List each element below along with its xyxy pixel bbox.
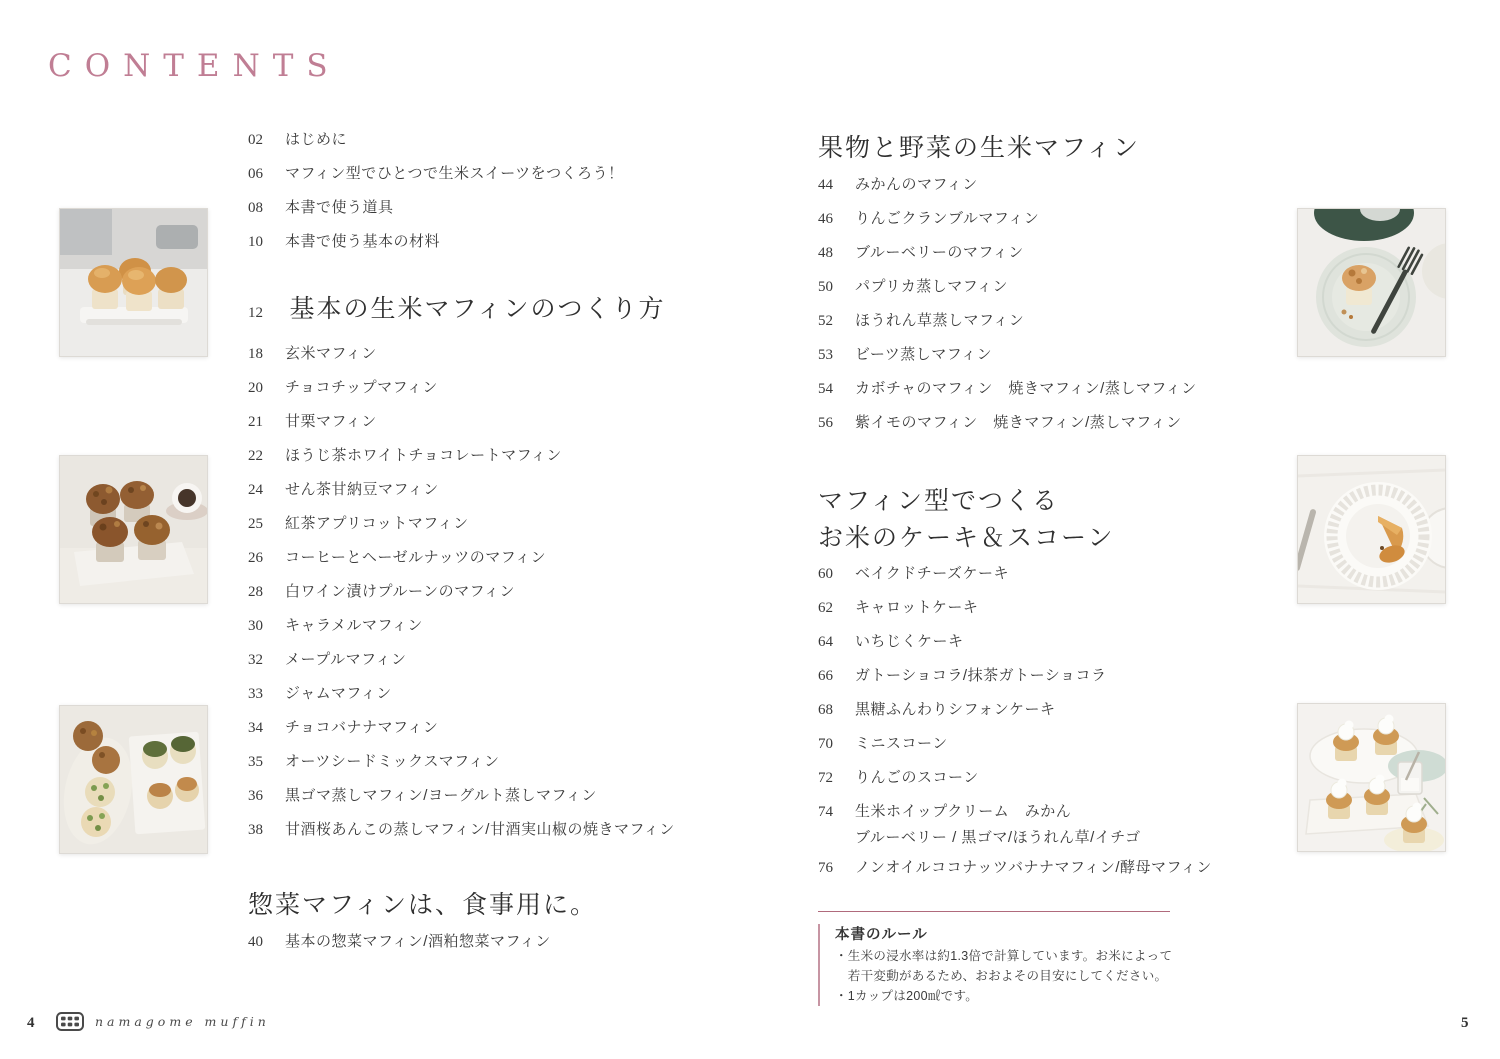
toc-item: 18 玄米マフィン xyxy=(248,337,718,371)
toc-item: 56 紫イモのマフィン 焼きマフィン/蒸しマフィン xyxy=(818,406,1288,440)
toc-item: 40 基本の惣菜マフィン/酒粕惣菜マフィン xyxy=(248,925,718,959)
fruit-veg-list: 44 みかんのマフィン 46 りんごクランブルマフィン 48 xyxy=(818,168,1288,440)
toc-item-title: キャラメルマフィン xyxy=(285,617,423,634)
toc-item: 22 ほうじ茶ホワイトチョコレートマフィン xyxy=(248,439,718,473)
toc-item: 70 ミニスコーン xyxy=(818,727,1288,761)
toc-item-page-number: 10 xyxy=(248,225,285,259)
photo-plain-muffins xyxy=(59,208,208,357)
toc-item: 72 りんごのスコーン xyxy=(818,761,1288,795)
toc-item-title: 甘栗マフィン xyxy=(285,413,377,430)
toc-item-title: 黒糖ふんわりシフォンケーキ xyxy=(855,701,1055,718)
toc-item-page-number: 28 xyxy=(248,575,285,609)
toc-item-title: 玄米マフィン xyxy=(285,345,377,362)
toc-item-title: チョコチップマフィン xyxy=(285,379,438,396)
toc-item: 24 せん茶甘納豆マフィン xyxy=(248,473,718,507)
toc-item: 38 甘酒桜あんこの蒸しマフィン/甘酒実山椒の焼きマフィン xyxy=(248,813,718,847)
toc-item-title: はじめに xyxy=(285,131,347,148)
rules-box-body: 本書のルール ・生米の浸水率は約1.3倍で計算しています。お米によって 若干変動… xyxy=(818,924,1170,1006)
toc-item: 52 ほうれん草蒸しマフィン xyxy=(818,304,1288,338)
toc-item: 76 ノンオイルココナッツバナナマフィン/酵母マフィン xyxy=(818,851,1288,885)
toc-item: 53 ビーツ蒸しマフィン xyxy=(818,338,1288,372)
toc-item: 02 はじめに xyxy=(248,123,718,157)
toc-item: 33 ジャムマフィン xyxy=(248,677,718,711)
toc-item-page-number: 74 xyxy=(818,795,855,829)
section-heading-text: 基本の生米マフィンのつくり方 xyxy=(289,295,665,323)
toc-item-title: チョコバナナマフィン xyxy=(285,719,438,736)
section-heading-fruit-veg: 果物と野菜の生米マフィン xyxy=(818,128,1288,168)
toc-item-page-number: 40 xyxy=(248,925,285,959)
toc-item-title: コーヒーとヘーゼルナッツのマフィン xyxy=(285,549,546,566)
page-title: CONTENTS xyxy=(48,48,341,84)
toc-item: 08 本書で使う道具 xyxy=(248,191,718,225)
toc-item: 36 黒ゴマ蒸しマフィン/ヨーグルト蒸しマフィン xyxy=(248,779,718,813)
toc-item-title: りんごクランブルマフィン xyxy=(855,210,1039,227)
toc-item-title: ジャムマフィン xyxy=(285,685,392,702)
toc-item-page-number: 08 xyxy=(248,191,285,225)
left-page-number: 4 xyxy=(27,1015,35,1032)
section-heading-text: 惣菜マフィンは、食事用に。 xyxy=(248,891,597,919)
toc-item-title: 本書で使う道具 xyxy=(285,199,394,216)
toc-item-title: りんごのスコーン xyxy=(855,769,979,786)
rules-box-line: ・1カップは200㎖です。 xyxy=(835,986,1170,1006)
toc-item: 68 黒糖ふんわりシフォンケーキ xyxy=(818,693,1288,727)
toc-item-page-number: 36 xyxy=(248,779,285,813)
toc-item: 74 生米ホイップクリーム みかん ブルーベリー / 黒ゴマ/ほうれん草/イチゴ xyxy=(818,795,1288,851)
plain-muffins-illustration xyxy=(60,209,207,356)
toc-item-title: 黒ゴマ蒸しマフィン/ヨーグルト蒸しマフィン xyxy=(285,787,597,804)
toc-item-title: キャロットケーキ xyxy=(855,599,978,616)
toc-item-page-number: 54 xyxy=(818,372,855,406)
toc-item-title: せん茶甘納豆マフィン xyxy=(285,481,439,498)
toc-item: 10 本書で使う基本の材料 xyxy=(248,225,718,259)
muffin-tin-icon xyxy=(56,1012,84,1031)
toc-item-title: ガトーショコラ/抹茶ガトーショコラ xyxy=(855,667,1106,684)
toc-item: 64 いちじくケーキ xyxy=(818,625,1288,659)
toc-item-subtitle: ブルーベリー / 黒ゴマ/ほうれん草/イチゴ xyxy=(855,825,1141,851)
section-heading-savory-muffins: 惣菜マフィンは、食事用に。 xyxy=(248,885,718,925)
toc-item: 30 キャラメルマフィン xyxy=(248,609,718,643)
toc-item-title: 紫イモのマフィン 焼きマフィン/蒸しマフィン xyxy=(855,414,1182,431)
toc-item-page-number: 30 xyxy=(248,609,285,643)
crumble-muffin-illustration xyxy=(1298,209,1445,356)
toc-item-page-number: 06 xyxy=(248,157,285,191)
savory-muffin-list: 40 基本の惣菜マフィン/酒粕惣菜マフィン xyxy=(248,925,718,959)
toc-item-page-number: 52 xyxy=(818,304,855,338)
intro-list: 02 はじめに 06 マフィン型でひとつで生米スイーツをつくろう！ 08 xyxy=(248,123,718,259)
toc-item-title: 白ワイン漬けプルーンのマフィン xyxy=(285,583,515,600)
rules-box-line: 若干変動があるため、おおよその目安にしてください。 xyxy=(835,966,1170,986)
toc-item: 34 チョコバナナマフィン xyxy=(248,711,718,745)
section-page-number: 12 xyxy=(248,293,285,333)
toc-item-page-number: 68 xyxy=(818,693,855,727)
nut-muffins-illustration xyxy=(60,456,207,603)
toc-item-page-number: 50 xyxy=(818,270,855,304)
toc-item: 48 ブルーベリーのマフィン xyxy=(818,236,1288,270)
rules-box-title: 本書のルール xyxy=(835,924,1170,946)
toc-item-title: 甘酒桜あんこの蒸しマフィン/甘酒実山椒の焼きマフィン xyxy=(285,821,675,838)
toc-item-title: 生米ホイップクリーム みかん xyxy=(855,803,1071,820)
basic-muffin-list: 18 玄米マフィン 20 チョコチップマフィン 21 xyxy=(248,337,718,847)
toc-item-page-number: 64 xyxy=(818,625,855,659)
toc-item-page-number: 66 xyxy=(818,659,855,693)
toc-item: 54 カボチャのマフィン 焼きマフィン/蒸しマフィン xyxy=(818,372,1288,406)
toc-item: 06 マフィン型でひとつで生米スイーツをつくろう！ xyxy=(248,157,718,191)
toc-item-title: ほうれん草蒸しマフィン xyxy=(855,312,1024,329)
toc-item-page-number: 76 xyxy=(818,851,855,885)
toc-item-page-number: 02 xyxy=(248,123,285,157)
toc-item-page-number: 25 xyxy=(248,507,285,541)
toc-item: 46 りんごクランブルマフィン xyxy=(818,202,1288,236)
toc-item-page-number: 60 xyxy=(818,557,855,591)
toc-item-title: みかんのマフィン xyxy=(855,176,978,193)
toc-item-title: ミニスコーン xyxy=(855,735,948,752)
toc-item: 66 ガトーショコラ/抹茶ガトーショコラ xyxy=(818,659,1288,693)
toc-item-page-number: 33 xyxy=(248,677,285,711)
left-toc-column: 02 はじめに 06 マフィン型でひとつで生米スイーツをつくろう！ 08 xyxy=(248,123,718,959)
toc-item-title: ほうじ茶ホワイトチョコレートマフィン xyxy=(285,447,562,464)
cake-scone-list: 60 ベイクドチーズケーキ 62 キャロットケーキ 64 xyxy=(818,557,1288,885)
toc-item: 35 オーツシードミックスマフィン xyxy=(248,745,718,779)
toc-item-page-number: 34 xyxy=(248,711,285,745)
toc-item: 32 メープルマフィン xyxy=(248,643,718,677)
cake-slices-illustration xyxy=(1298,456,1445,603)
toc-item-title: パプリカ蒸しマフィン xyxy=(855,278,1008,295)
toc-item-page-number: 44 xyxy=(818,168,855,202)
toc-item-page-number: 48 xyxy=(818,236,855,270)
photo-cake-fluted-plate xyxy=(1297,455,1446,604)
toc-item-page-number: 22 xyxy=(248,439,285,473)
section-heading-line1: マフィン型でつくる xyxy=(818,483,1288,520)
photo-cream-topped-muffins xyxy=(1297,703,1446,852)
toc-item-page-number: 70 xyxy=(818,727,855,761)
section-heading-cake-scone: マフィン型でつくる お米のケーキ＆スコーン xyxy=(818,483,1288,557)
toc-item-title: ブルーベリーのマフィン xyxy=(855,244,1024,261)
toc-item-title: いちじくケーキ xyxy=(855,633,964,650)
toc-item-page-number: 26 xyxy=(248,541,285,575)
toc-item-title: メープルマフィン xyxy=(285,651,406,668)
toc-item: 62 キャロットケーキ xyxy=(818,591,1288,625)
toc-item-title: 本書で使う基本の材料 xyxy=(285,233,440,250)
toc-item-page-number: 72 xyxy=(818,761,855,795)
toc-item: 44 みかんのマフィン xyxy=(818,168,1288,202)
toc-item-page-number: 24 xyxy=(248,473,285,507)
toc-item-page-number: 62 xyxy=(818,591,855,625)
rules-box-lines: ・生米の浸水率は約1.3倍で計算しています。お米によって 若干変動があるため、お… xyxy=(835,946,1170,1006)
toc-item-page-number: 46 xyxy=(818,202,855,236)
toc-item-page-number: 56 xyxy=(818,406,855,440)
savory-muffins-illustration xyxy=(60,706,207,853)
toc-item-title: 基本の惣菜マフィン/酒粕惣菜マフィン xyxy=(285,933,551,950)
section-heading-text: 果物と野菜の生米マフィン xyxy=(818,134,1140,162)
section-heading-line2: お米のケーキ＆スコーン xyxy=(818,520,1288,557)
toc-item: 25 紅茶アプリコットマフィン xyxy=(248,507,718,541)
toc-item-title: ベイクドチーズケーキ xyxy=(855,565,1009,582)
rules-box-line: ・生米の浸水率は約1.3倍で計算しています。お米によって xyxy=(835,946,1170,966)
toc-item: 28 白ワイン漬けプルーンのマフィン xyxy=(248,575,718,609)
toc-item-title: カボチャのマフィン 焼きマフィン/蒸しマフィン xyxy=(855,380,1197,397)
cream-muffins-illustration xyxy=(1298,704,1445,851)
photo-nut-muffins-coffee xyxy=(59,455,208,604)
toc-item-page-number: 53 xyxy=(818,338,855,372)
brand-logo-text: namagome muffin xyxy=(95,1014,270,1029)
book-contents-spread: CONTENTS xyxy=(0,0,1500,1059)
toc-item-title: 紅茶アプリコットマフィン xyxy=(285,515,469,532)
footer-brand: namagome muffin xyxy=(56,1012,270,1031)
toc-item: 20 チョコチップマフィン xyxy=(248,371,718,405)
toc-item-page-number: 21 xyxy=(248,405,285,439)
toc-item: 26 コーヒーとヘーゼルナッツのマフィン xyxy=(248,541,718,575)
toc-item: 60 ベイクドチーズケーキ xyxy=(818,557,1288,591)
rules-box: 本書のルール ・生米の浸水率は約1.3倍で計算しています。お米によって 若干変動… xyxy=(818,911,1170,1006)
toc-item-page-number: 32 xyxy=(248,643,285,677)
toc-item: 21 甘栗マフィン xyxy=(248,405,718,439)
photo-crumble-muffin-plate xyxy=(1297,208,1446,357)
toc-item-page-number: 20 xyxy=(248,371,285,405)
section-heading-basic-muffins: 12 基本の生米マフィンのつくり方 xyxy=(248,289,718,329)
toc-item-page-number: 18 xyxy=(248,337,285,371)
toc-item-page-number: 38 xyxy=(248,813,285,847)
toc-item: 50 パプリカ蒸しマフィン xyxy=(818,270,1288,304)
toc-item-title: ノンオイルココナッツバナナマフィン/酵母マフィン xyxy=(855,859,1212,876)
photo-savory-muffins xyxy=(59,705,208,854)
right-page-number: 5 xyxy=(1461,1015,1469,1032)
toc-item-title: ビーツ蒸しマフィン xyxy=(855,346,992,363)
right-toc-column: 果物と野菜の生米マフィン 44 みかんのマフィン 46 りんごクランブルマフィン xyxy=(818,128,1288,1006)
toc-item-title: オーツシードミックスマフィン xyxy=(285,753,499,770)
toc-item-page-number: 35 xyxy=(248,745,285,779)
toc-item-title: マフィン型でひとつで生米スイーツをつくろう！ xyxy=(285,165,624,182)
